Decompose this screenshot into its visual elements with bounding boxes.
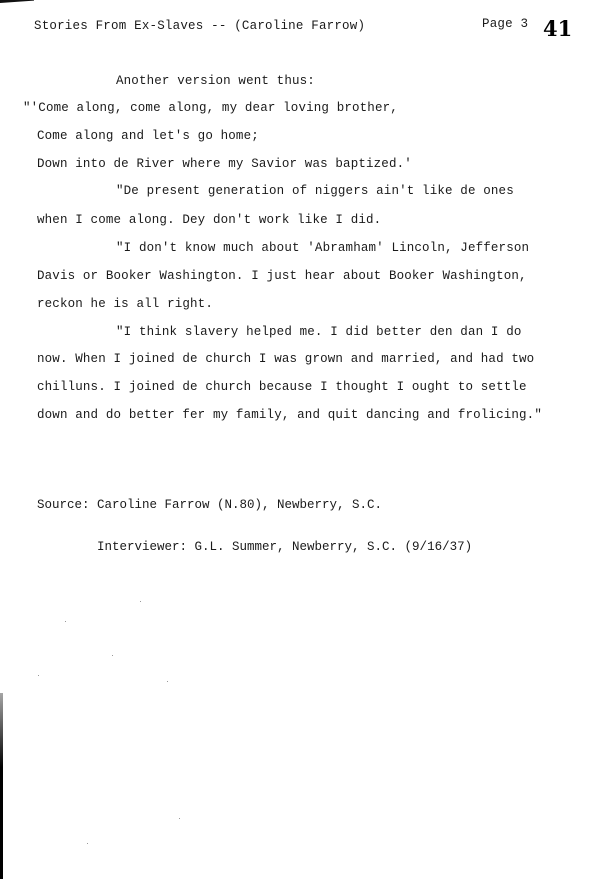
scan-corner-mark [0,0,34,3]
paragraph-line: when I come along. Dey don't work like I… [37,213,381,227]
document-page: Stories From Ex-Slaves -- (Caroline Farr… [0,0,600,879]
paragraph-line: "De present generation of niggers ain't … [116,184,514,198]
paragraph-line: "I think slavery helped me. I did better… [116,325,522,339]
scan-edge-shadow [0,693,3,879]
paragraph-line: chilluns. I joined de church because I t… [37,380,527,394]
scan-speck [112,655,113,656]
page-label: Page 3 [482,17,528,31]
page-header: Stories From Ex-Slaves -- (Caroline Farr… [34,17,600,41]
scan-speck [140,601,141,602]
verse-line-2: Come along and let's go home; [37,129,259,143]
document-title: Stories From Ex-Slaves -- (Caroline Farr… [34,19,365,33]
paragraph-line: now. When I joined de church I was grown… [37,352,534,366]
source-citation: Source: Caroline Farrow (N.80), Newberry… [37,470,472,582]
scan-speck [179,818,180,819]
source-line: Source: Caroline Farrow (N.80), Newberry… [37,498,472,512]
paragraph-line: down and do better fer my family, and qu… [37,408,542,422]
verse-line-1: "'Come along, come along, my dear loving… [23,101,398,115]
paragraph-line: Davis or Booker Washington. I just hear … [37,269,527,283]
interviewer-line: Interviewer: G.L. Summer, Newberry, S.C.… [37,540,472,554]
stamped-page-number: 41 [543,16,572,41]
paragraph-line: "I don't know much about 'Abramham' Linc… [116,241,529,255]
scan-speck [38,675,39,676]
scan-speck [65,621,66,622]
intro-line: Another version went thus: [116,74,315,88]
scan-speck [87,843,88,844]
verse-line-3: Down into de River where my Savior was b… [37,157,412,171]
paragraph-line: reckon he is all right. [37,297,213,311]
scan-speck [167,681,168,682]
